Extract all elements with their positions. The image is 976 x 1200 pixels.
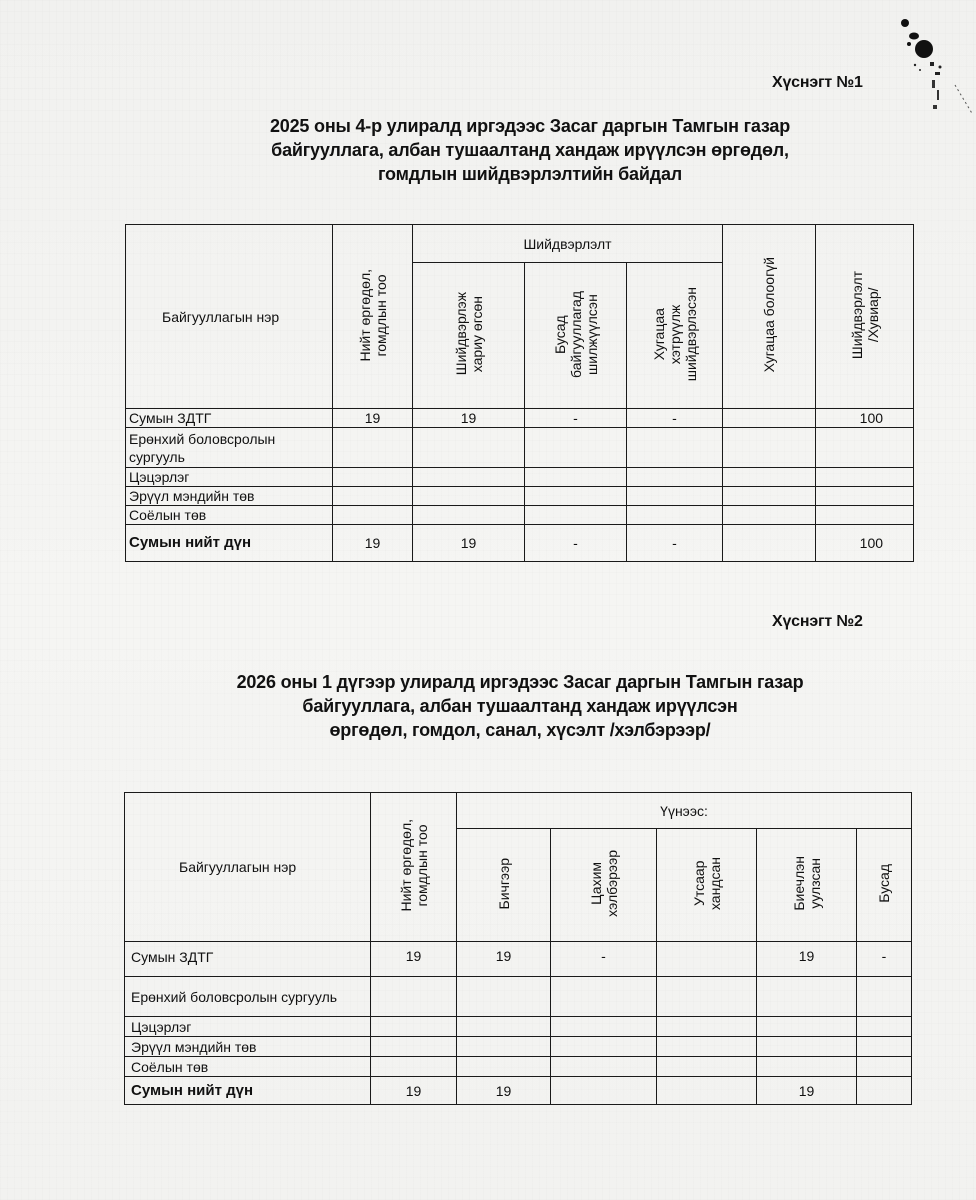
table-row: Эрүүл мэндийн төв — [126, 487, 914, 506]
title-line: байгууллага, албан тушаалтанд хандаж ирү… — [170, 694, 870, 718]
not-due-count — [723, 468, 816, 487]
header-channel-group: Үүнээс: — [457, 793, 912, 829]
header-overdue: Хугацаа хэтрүүлж шийдвэрлэсэн — [627, 263, 723, 409]
resolution-percent — [816, 428, 914, 468]
answered-count — [413, 487, 525, 506]
complaint-channel-table: Байгууллагын нэр Нийт өргөдөл, гомдлын т… — [124, 792, 912, 1105]
in-person-count — [757, 1037, 857, 1057]
table-row: Сумын ЗДТГ 19 19 - 19 - — [125, 942, 912, 977]
header-phone: Утсаар хандсан — [657, 829, 757, 942]
title-line: өргөдөл, гомдол, санал, хүсэлт /хэлбэрээ… — [170, 718, 870, 742]
total-count: 19 — [371, 1077, 457, 1105]
total-count — [333, 487, 413, 506]
resolution-percent — [816, 487, 914, 506]
header-written: Бичгээр — [457, 829, 551, 942]
org-name: Сумын ЗДТГ — [126, 409, 333, 428]
org-name: Эрүүл мэндийн төв — [126, 487, 333, 506]
resolution-percent: 100 — [816, 409, 914, 428]
title-line: байгууллага, албан тушаалтанд хандаж ирү… — [180, 138, 880, 162]
header-transferred: Бусад байгууллагад шилжүүлсэн — [525, 263, 627, 409]
answered-count: 19 — [413, 525, 525, 562]
org-name: Ерөнхий боловсролын сургууль — [126, 428, 333, 468]
header-total-count: Нийт өргөдөл, гомдлын тоо — [371, 793, 457, 942]
table-row: Цэцэрлэг — [125, 1017, 912, 1037]
not-due-count — [723, 525, 816, 562]
written-count: 19 — [457, 1077, 551, 1105]
title-line: 2026 оны 1 дүгээр улиралд иргэдээс Засаг… — [170, 670, 870, 694]
electronic-count: - — [551, 942, 657, 977]
appendix-2-label: Хүснэгт №2 — [772, 613, 863, 631]
written-count — [457, 977, 551, 1017]
total-count — [333, 506, 413, 525]
transferred-count: - — [525, 525, 627, 562]
org-name: Ерөнхий боловсролын сургууль — [125, 977, 371, 1017]
overdue-count — [627, 487, 723, 506]
phone-count — [657, 942, 757, 977]
total-count — [371, 1057, 457, 1077]
transferred-count — [525, 487, 627, 506]
written-count: 19 — [457, 942, 551, 977]
table-row: Эрүүл мэндийн төв — [125, 1037, 912, 1057]
overdue-count — [627, 506, 723, 525]
org-name: Сумын ЗДТГ — [125, 942, 371, 977]
appendix-2-title: 2026 оны 1 дүгээр улиралд иргэдээс Засаг… — [170, 670, 870, 742]
resolution-percent — [816, 506, 914, 525]
electronic-count — [551, 1037, 657, 1057]
transferred-count — [525, 428, 627, 468]
org-name: Соёлын төв — [126, 506, 333, 525]
ink-stain-mark — [885, 10, 975, 120]
total-count — [371, 977, 457, 1017]
header-answered: Шийдвэрлэж хариу өгсөн — [413, 263, 525, 409]
other-count: - — [857, 942, 912, 977]
org-name: Цэцэрлэг — [125, 1017, 371, 1037]
phone-count — [657, 1017, 757, 1037]
total-count — [333, 428, 413, 468]
org-name: Эрүүл мэндийн төв — [125, 1037, 371, 1057]
title-line: гомдлын шийдвэрлэлтийн байдал — [180, 162, 880, 186]
phone-count — [657, 977, 757, 1017]
overdue-count — [627, 468, 723, 487]
other-count — [857, 977, 912, 1017]
resolution-percent — [816, 468, 914, 487]
header-org-name: Байгууллагын нэр — [126, 225, 333, 409]
other-count — [857, 1077, 912, 1105]
table-row: Ерөнхий боловсролын сургууль — [125, 977, 912, 1017]
header-not-due: Хугацаа болоогүй — [723, 225, 816, 409]
written-count — [457, 1037, 551, 1057]
other-count — [857, 1037, 912, 1057]
total-row: Сумын нийт дүн 19 19 - - 100 — [126, 525, 914, 562]
table-row: Соёлын төв — [126, 506, 914, 525]
electronic-count — [551, 1057, 657, 1077]
written-count — [457, 1057, 551, 1077]
answered-count — [413, 468, 525, 487]
title-line: 2025 оны 4-р улиралд иргэдээс Засаг дарг… — [180, 114, 880, 138]
overdue-count: - — [627, 409, 723, 428]
total-count: 19 — [333, 525, 413, 562]
in-person-count: 19 — [757, 942, 857, 977]
appendix-1-label: Хүснэгт №1 — [772, 74, 863, 92]
electronic-count — [551, 1077, 657, 1105]
appendix-1-title: 2025 оны 4-р улиралд иргэдээс Засаг дарг… — [180, 114, 880, 186]
header-electronic: Цахим хэлбэрээр — [551, 829, 657, 942]
phone-count — [657, 1037, 757, 1057]
in-person-count — [757, 1017, 857, 1037]
not-due-count — [723, 487, 816, 506]
in-person-count: 19 — [757, 1077, 857, 1105]
org-name: Цэцэрлэг — [126, 468, 333, 487]
overdue-count: - — [627, 525, 723, 562]
table-row: Сумын ЗДТГ 19 19 - - 100 — [126, 409, 914, 428]
header-resolution-group: Шийдвэрлэлт — [413, 225, 723, 263]
header-other: Бусад — [857, 829, 912, 942]
org-name: Соёлын төв — [125, 1057, 371, 1077]
resolution-percent: 100 — [816, 525, 914, 562]
total-count: 19 — [371, 942, 457, 977]
other-count — [857, 1057, 912, 1077]
electronic-count — [551, 1017, 657, 1037]
total-row-label: Сумын нийт дүн — [125, 1077, 371, 1105]
transferred-count — [525, 468, 627, 487]
answered-count: 19 — [413, 409, 525, 428]
header-resolution-percent: Шийдвэрлэлт /Хувиар/ — [816, 225, 914, 409]
total-count — [371, 1037, 457, 1057]
total-count: 19 — [333, 409, 413, 428]
header-total-count: Нийт өргөдөл, гомдлын тоо — [333, 225, 413, 409]
transferred-count — [525, 506, 627, 525]
phone-count — [657, 1057, 757, 1077]
in-person-count — [757, 977, 857, 1017]
table-row: Ерөнхий боловсролын сургууль — [126, 428, 914, 468]
total-row: Сумын нийт дүн 19 19 19 — [125, 1077, 912, 1105]
not-due-count — [723, 428, 816, 468]
table-row: Цэцэрлэг — [126, 468, 914, 487]
header-in-person: Биечлэн уулзсан — [757, 829, 857, 942]
transferred-count: - — [525, 409, 627, 428]
electronic-count — [551, 977, 657, 1017]
total-count — [333, 468, 413, 487]
answered-count — [413, 506, 525, 525]
other-count — [857, 1017, 912, 1037]
phone-count — [657, 1077, 757, 1105]
total-count — [371, 1017, 457, 1037]
written-count — [457, 1017, 551, 1037]
complaint-resolution-table: Байгууллагын нэр Нийт өргөдөл, гомдлын т… — [125, 224, 914, 562]
not-due-count — [723, 506, 816, 525]
answered-count — [413, 428, 525, 468]
overdue-count — [627, 428, 723, 468]
in-person-count — [757, 1057, 857, 1077]
not-due-count — [723, 409, 816, 428]
header-org-name: Байгууллагын нэр — [125, 793, 371, 942]
table-row: Соёлын төв — [125, 1057, 912, 1077]
total-row-label: Сумын нийт дүн — [126, 525, 333, 562]
